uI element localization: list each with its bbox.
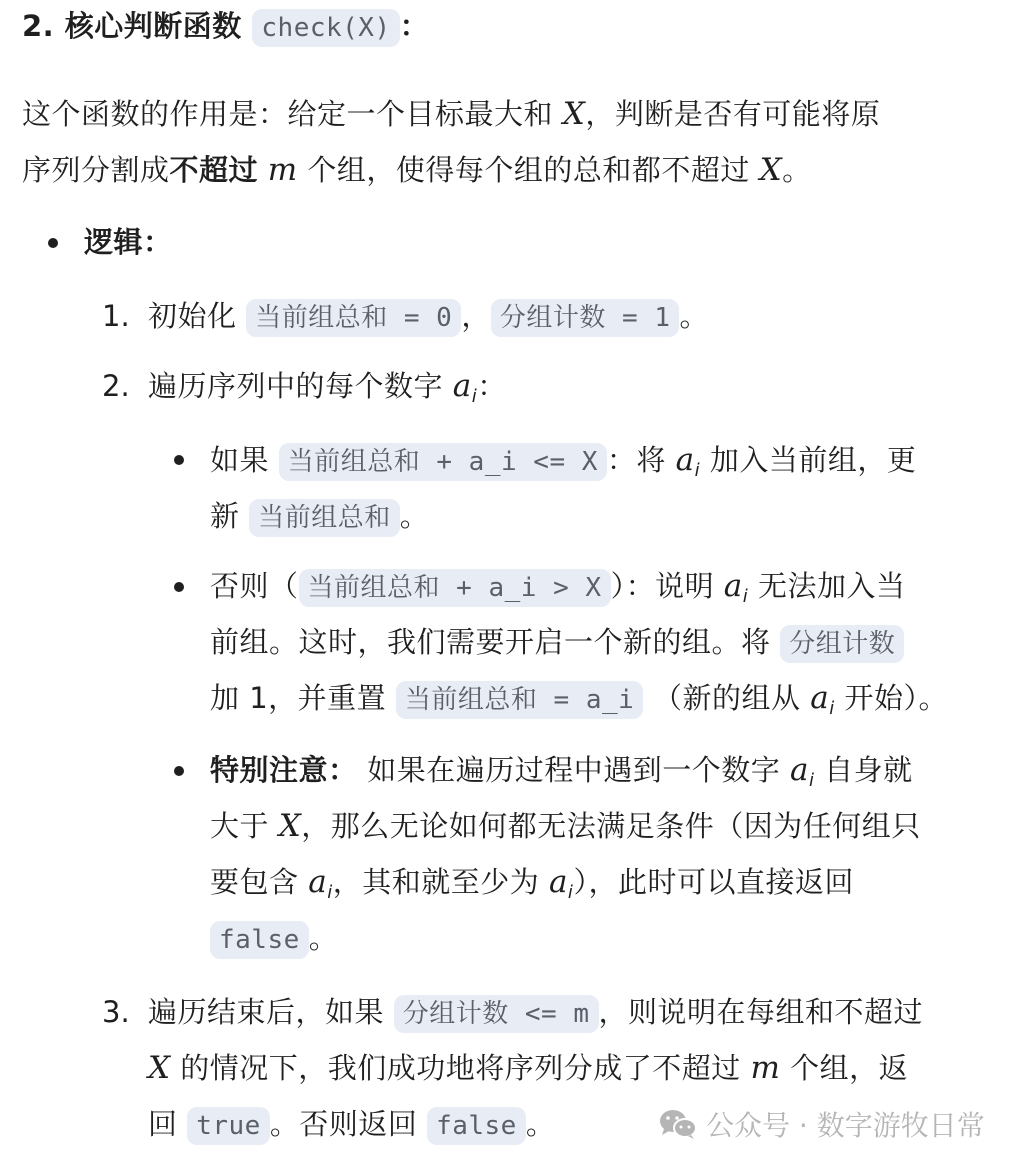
step-3-line-2: X 的情况下，我们成功地将序列分成了不超过 m 个组，返 xyxy=(148,1048,908,1088)
text: 。否则返回 xyxy=(270,1107,427,1141)
inline-code: 当前组总和 = 0 xyxy=(246,299,461,337)
step-2: 遍历序列中的每个数字 ai： xyxy=(148,366,507,417)
bullet-icon xyxy=(48,238,58,248)
subitem-3-line-2: 大于 X，那么无论如何都无法满足条件（因为任何组只 xyxy=(210,806,921,846)
inline-code: check(X) xyxy=(252,9,399,47)
watermark-text: 公众号 · 数字游牧日常 xyxy=(706,1104,985,1144)
step-1: 初始化 当前组总和 = 0，分组计数 = 1。 xyxy=(148,296,709,337)
bullet-icon xyxy=(174,455,184,465)
subitem-2-line-3: 加 1，并重置 当前组总和 = a_i （新的组从 ai 开始）。 xyxy=(210,678,948,729)
subitem-1-line-1: 如果 当前组总和 + a_i <= X：将 ai 加入当前组，更 xyxy=(210,440,916,491)
text: 个组，使得每个组的总和都不超过 xyxy=(298,153,760,187)
subitem-1-line-2: 新 当前组总和。 xyxy=(210,496,429,537)
text: ），此时可以直接返回 xyxy=(573,865,854,899)
intro-line-1: 这个函数的作用是：给定一个目标最大和 X，判断是否有可能将原 xyxy=(22,94,880,134)
text: 遍历结束后，如果 xyxy=(148,995,394,1029)
text: ）：说明 xyxy=(611,569,724,603)
subitem-3-line-3: 要包含 ai，其和就至少为 ai），此时可以直接返回 xyxy=(210,862,854,913)
text: 这个函数的作用是：给定一个目标最大和 xyxy=(22,97,563,131)
math-x: X xyxy=(760,152,783,188)
bullet-icon xyxy=(174,582,184,592)
text: 大于 xyxy=(210,809,279,843)
text: 。 xyxy=(782,153,812,187)
inline-code: true xyxy=(187,1107,270,1145)
inline-code: 当前组总和 + a_i > X xyxy=(299,569,611,607)
text: 的情况下，我们成功地将序列分成了不超过 xyxy=(171,1051,751,1085)
inline-code: 当前组总和 = a_i xyxy=(396,681,643,719)
bullet-icon xyxy=(174,766,184,776)
section-heading: 2. 核心判断函数 check(X)： xyxy=(22,6,429,47)
text: 。 xyxy=(309,921,339,955)
bold-text: 特别注意： xyxy=(210,753,358,787)
inline-code: 分组计数 xyxy=(780,625,904,663)
text: 否则（ xyxy=(210,569,299,603)
text: 前组。这时，我们需要开启一个新的组。将 xyxy=(210,625,780,659)
heading-colon: ： xyxy=(400,9,430,43)
text: ， xyxy=(461,299,491,333)
math-x: X xyxy=(148,1050,171,1086)
inline-code: 分组计数 <= m xyxy=(394,995,599,1033)
math-m: m xyxy=(268,152,298,188)
text: 序列分割成 xyxy=(22,153,170,187)
text: （新的组从 xyxy=(643,681,810,715)
text: 加 1，并重置 xyxy=(210,681,396,715)
text: 如果 xyxy=(210,443,279,477)
text: 无法加入当 xyxy=(748,569,905,603)
step-3-line-3: 回 true。否则返回 false。 xyxy=(148,1104,555,1145)
text: 。 xyxy=(679,299,709,333)
text: 如果在遍历过程中遇到一个数字 xyxy=(358,753,790,787)
text: ： xyxy=(477,369,507,403)
step-number: 1. xyxy=(102,296,130,336)
math-a: a xyxy=(453,368,472,404)
text: 加入当前组，更 xyxy=(700,443,916,477)
math-a: a xyxy=(790,752,809,788)
math-x: X xyxy=(563,96,586,132)
step-number: 2. xyxy=(102,366,130,406)
text: 新 xyxy=(210,499,249,533)
inline-code: 分组计数 = 1 xyxy=(491,299,680,337)
text: ，判断是否有可能将原 xyxy=(585,97,880,131)
heading-text: 2. 核心判断函数 xyxy=(22,9,252,43)
text: 个组，返 xyxy=(780,1051,908,1085)
intro-line-2: 序列分割成不超过 m 个组，使得每个组的总和都不超过 X。 xyxy=(22,150,812,190)
math-a: a xyxy=(810,680,829,716)
subitem-2-line-2: 前组。这时，我们需要开启一个新的组。将 分组计数 xyxy=(210,622,904,663)
math-m: m xyxy=(751,1050,781,1086)
wechat-icon xyxy=(658,1108,698,1140)
text: 自身就 xyxy=(814,753,912,787)
inline-code: 当前组总和 + a_i <= X xyxy=(279,443,607,481)
text: 回 xyxy=(148,1107,187,1141)
text: ，那么无论如何都无法满足条件（因为任何组只 xyxy=(301,809,921,843)
text: 遍历序列中的每个数字 xyxy=(148,369,453,403)
text: ：将 xyxy=(607,443,676,477)
inline-code: 当前组总和 xyxy=(249,499,400,537)
logic-label: 逻辑： xyxy=(84,222,173,262)
bold-text: 不超过 xyxy=(170,153,259,187)
math-a: a xyxy=(549,864,568,900)
math-a: a xyxy=(308,864,327,900)
math-a: a xyxy=(676,442,695,478)
math-a: a xyxy=(724,568,743,604)
inline-code: false xyxy=(210,921,309,959)
text: ，则说明在每组和不超过 xyxy=(599,995,924,1029)
text: 开始）。 xyxy=(835,681,948,715)
math-x: X xyxy=(279,808,302,844)
text: 。 xyxy=(400,499,430,533)
subitem-2-line-1: 否则（当前组总和 + a_i > X）：说明 ai 无法加入当 xyxy=(210,566,906,617)
watermark: 公众号 · 数字游牧日常 xyxy=(658,1104,985,1144)
inline-code: false xyxy=(427,1107,526,1145)
text: 要包含 xyxy=(210,865,308,899)
step-3-line-1: 遍历结束后，如果 分组计数 <= m，则说明在每组和不超过 xyxy=(148,992,923,1033)
text: 。 xyxy=(526,1107,556,1141)
subitem-3-line-4: false。 xyxy=(210,918,338,959)
subitem-3-line-1: 特别注意： 如果在遍历过程中遇到一个数字 ai 自身就 xyxy=(210,750,913,801)
step-number: 3. xyxy=(102,992,130,1032)
text: ，其和就至少为 xyxy=(333,865,549,899)
text: 初始化 xyxy=(148,299,246,333)
